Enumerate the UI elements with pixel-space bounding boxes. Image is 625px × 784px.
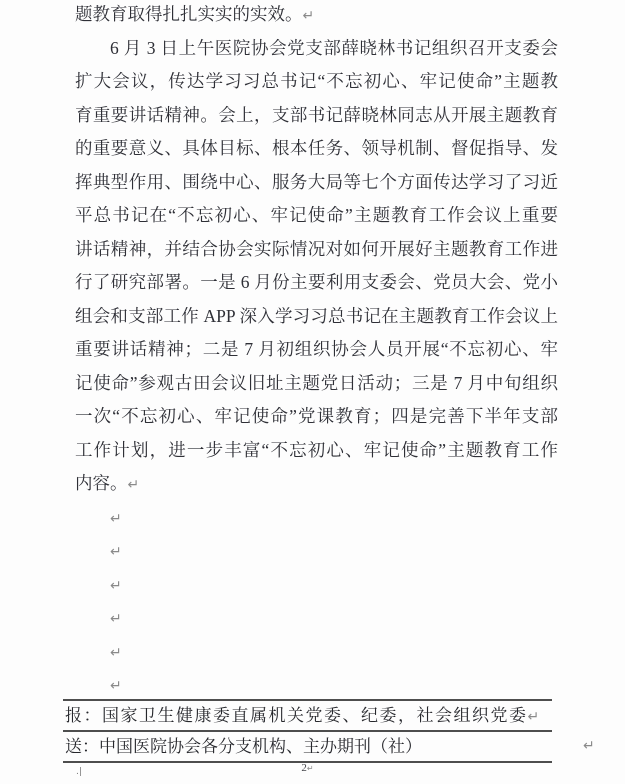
text-line-content: 扩大会议，传达学习习总书记“不忘初心、牢记使命”主题教 (75, 71, 558, 91)
text-line: 扩大会议，传达学习习总书记“不忘初心、牢记使命”主题教 (75, 65, 558, 99)
text-line: 的重要意义、具体目标、根本任务、领导机制、督促指导、发 (75, 132, 558, 166)
text-line: 6 月 3 日上午医院协会党支部薛晓林书记组织召开支委会 (75, 32, 558, 66)
text-line-content: 的重要意义、具体目标、根本任务、领导机制、督促指导、发 (75, 138, 558, 158)
text-line: ↵ (75, 501, 558, 535)
text-line-content: 讲话精神，并结合协会实际情况对如何开展好主题教育工作进 (75, 239, 558, 259)
paragraph-mark-icon: ↵ (307, 764, 314, 773)
paragraph-mark-icon: ↵ (110, 678, 122, 694)
text-line: 记使命”参观古田会议旧址主题党日活动；三是 7 月中旬组织 (75, 367, 558, 401)
distribution-row-text: 报：国家卫生健康委直属机关党委、纪委，社会组织党委 (65, 706, 528, 725)
text-line: 内容。↵ (75, 467, 558, 501)
paragraph-mark-icon: ↵ (110, 511, 122, 527)
distribution-row: 送：中国医院协会各分支机构、主办期刊（社） (63, 732, 552, 761)
text-line: ↵ (75, 635, 558, 669)
text-line: ↵ (75, 668, 558, 702)
text-line: 行了研究部署。一是 6 月份主要利用支委会、党员大会、党小 (75, 266, 558, 300)
paragraph-mark-icon: ↵ (128, 477, 140, 493)
text-line: 育重要讲话精神。会上，支部书记薛晓林同志从开展主题教育 (75, 99, 558, 133)
paragraph-mark-icon: ↵ (110, 544, 122, 560)
text-line-content: 记使命”参观古田会议旧址主题党日活动；三是 7 月中旬组织 (75, 373, 558, 393)
paragraph-mark-icon: ↵ (110, 578, 122, 594)
text-line-content: 内容。 (75, 473, 128, 493)
text-line: 重要讲话精神；二是 7 月初组织协会人员开展“不忘初心、牢 (75, 333, 558, 367)
page-number: 2↵ (63, 762, 552, 774)
text-line-content: 重要讲话精神；二是 7 月初组织协会人员开展“不忘初心、牢 (75, 339, 558, 359)
text-line: 组会和支部工作 APP 深入学习习总书记在主题教育工作会议上 (75, 300, 558, 334)
text-line: 平总书记在“不忘初心、牢记使命”主题教育工作会议上重要 (75, 199, 558, 233)
scan-artifact-mark: .| (76, 767, 82, 777)
text-line-content: 平总书记在“不忘初心、牢记使命”主题教育工作会议上重要 (75, 205, 558, 225)
paragraph-mark-icon: ↵ (303, 8, 315, 24)
paragraph-mark-icon: ↵ (110, 611, 122, 627)
distribution-row-text: 送：中国医院协会各分支机构、主办期刊（社） (65, 737, 422, 756)
text-line-content: 组会和支部工作 APP 深入学习习总书记在主题教育工作会议上 (75, 306, 558, 326)
text-line-content: 行了研究部署。一是 6 月份主要利用支委会、党员大会、党小 (75, 272, 558, 292)
document-page: 题教育取得扎扎实实的实效。↵6 月 3 日上午医院协会党支部薛晓林书记组织召开支… (0, 0, 625, 784)
distribution-table: 报：国家卫生健康委直属机关党委、纪委，社会组织党委↵送：中国医院协会各分支机构、… (63, 699, 552, 763)
text-line-content: 工作计划，进一步丰富“不忘初心、牢记使命”主题教育工作 (75, 440, 558, 460)
document-body: 题教育取得扎扎实实的实效。↵6 月 3 日上午医院协会党支部薛晓林书记组织召开支… (75, 0, 558, 702)
text-line: 工作计划，进一步丰富“不忘初心、牢记使命”主题教育工作 (75, 434, 558, 468)
text-line-content: 育重要讲话精神。会上，支部书记薛晓林同志从开展主题教育 (75, 105, 558, 125)
text-line: ↵ (75, 601, 558, 635)
text-line: 讲话精神，并结合协会实际情况对如何开展好主题教育工作进 (75, 233, 558, 267)
text-line: ↵ (75, 568, 558, 602)
text-line: ↵ (75, 534, 558, 568)
paragraph-mark-icon: ↵ (583, 738, 595, 754)
text-line: 一次“不忘初心、牢记使命”党课教育；四是完善下半年支部 (75, 400, 558, 434)
distribution-row: 报：国家卫生健康委直属机关党委、纪委，社会组织党委↵ (63, 701, 552, 732)
text-line-content: 一次“不忘初心、牢记使命”党课教育；四是完善下半年支部 (75, 406, 558, 426)
paragraph-mark-icon: ↵ (528, 709, 540, 725)
paragraph-mark-icon: ↵ (110, 645, 122, 661)
text-line-content: 挥典型作用、围绕中心、服务大局等七个方面传达学习了习近 (75, 172, 558, 192)
text-line-content: 6 月 3 日上午医院协会党支部薛晓林书记组织召开支委会 (110, 38, 558, 58)
text-line: 题教育取得扎扎实实的实效。↵ (75, 0, 558, 32)
text-line: 挥典型作用、围绕中心、服务大局等七个方面传达学习了习近 (75, 166, 558, 200)
text-line-content: 题教育取得扎扎实实的实效。 (75, 4, 303, 24)
